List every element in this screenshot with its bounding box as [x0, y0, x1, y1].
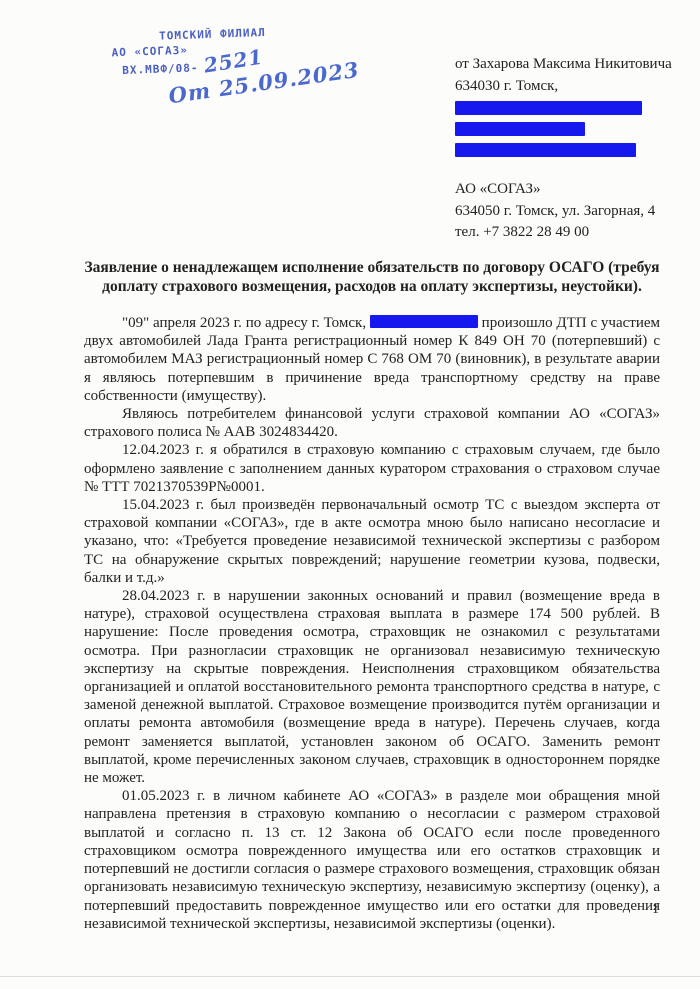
- page-number: 1: [652, 902, 659, 918]
- paragraph-pretension: 01.05.2023 г. в личном кабинете АО «СОГА…: [84, 787, 660, 933]
- paragraph-inspection: 15.04.2023 г. был произведён первоначаль…: [84, 496, 660, 587]
- recipient-org-phone: тел. +7 3822 28 49 00: [455, 222, 680, 244]
- redaction-bar: [455, 122, 585, 136]
- incoming-stamp: ТОМСКИЙ ФИЛИАЛ АО «СОГАЗ» ВХ.МВФ/08-2521…: [111, 22, 361, 100]
- document-title: Заявление о ненадлежащем исполнение обяз…: [84, 258, 660, 296]
- paragraph-payment-violation: 28.04.2023 г. в нарушении законных основ…: [84, 587, 660, 787]
- sender-name-line: от Захарова Максима Никитовича: [455, 54, 680, 76]
- scan-artifact-line: [0, 976, 700, 977]
- recipient-org-address: 634050 г. Томск, ул. Загорная, 4: [455, 201, 680, 223]
- redaction-bar: [455, 101, 642, 115]
- document-body: "09" апреля 2023 г. по адресу г. Томск, …: [84, 314, 660, 933]
- scanned-document-page: ТОМСКИЙ ФИЛИАЛ АО «СОГАЗ» ВХ.МВФ/08-2521…: [0, 0, 700, 989]
- paragraph-claim-filed: 12.04.2023 г. я обратился в страховую ко…: [84, 441, 660, 496]
- paragraph-consumer: Являюсь потребителем финансовой услуги с…: [84, 405, 660, 441]
- paragraph-accident: "09" апреля 2023 г. по адресу г. Томск, …: [84, 314, 660, 405]
- addressee-block: от Захарова Максима Никитовича 634030 г.…: [455, 54, 680, 244]
- stamp-registration-prefix: ВХ.МВФ/08-: [122, 61, 199, 77]
- paragraph-accident-before-redaction: "09" апреля 2023 г. по адресу г. Томск,: [122, 315, 370, 331]
- sender-city-line: 634030 г. Томск,: [455, 76, 680, 98]
- recipient-org-name: АО «СОГАЗ»: [455, 179, 680, 201]
- redaction-bar: [455, 143, 636, 157]
- redaction-bar-inline: [370, 315, 478, 328]
